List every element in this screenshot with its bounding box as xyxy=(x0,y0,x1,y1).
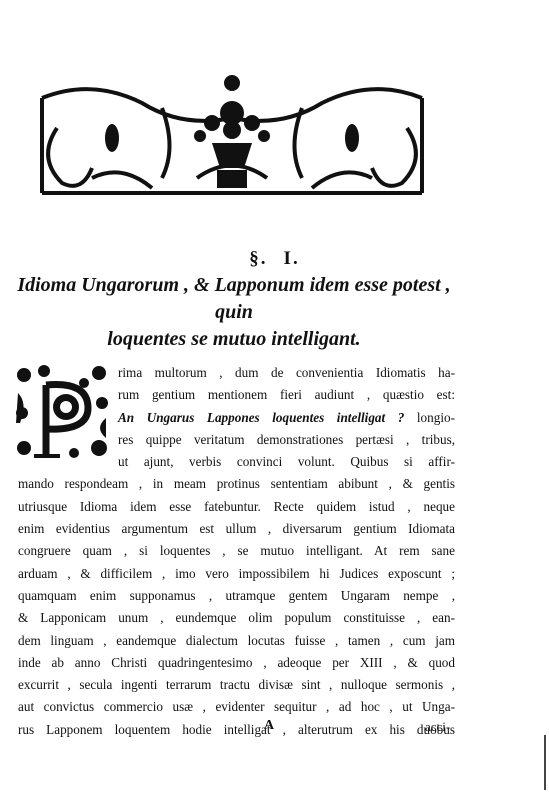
text-line: quamquam enim supponamus , utramque gent… xyxy=(18,585,455,607)
floral-basket-ornament-icon xyxy=(32,68,432,200)
text-line: arduam , & difficilem , imo vero impossi… xyxy=(18,563,455,585)
signature-mark: A xyxy=(264,718,274,734)
section-symbol: §. xyxy=(249,248,267,269)
text-line: dem linguam , eandemque dialectum locuta… xyxy=(18,630,455,652)
text-line: inde ab anno Christi quadringentesimo , … xyxy=(18,652,455,674)
text-line: ut ajunt, verbis convinci volunt. Quibus… xyxy=(18,451,455,473)
title-line-2: loquentes se mutuo intelligant. xyxy=(14,326,454,353)
text-line: mando respondeam , in meam protinus sent… xyxy=(18,473,455,495)
text-line: excurrit , secula ingenti terrarum tract… xyxy=(18,674,455,696)
italic-question: An Ungarus Lappones loquentes intelligat… xyxy=(118,410,404,425)
text-line: utriusque Idioma idem esse fatebuntur. R… xyxy=(18,496,455,518)
text-line: enim evidentius argumentum est ullum , d… xyxy=(18,518,455,540)
section-number: I. xyxy=(284,248,300,269)
title-line-1: Idioma Ungarorum , & Lapponum idem esse … xyxy=(14,272,454,326)
text-line: rum gentium mentionem fieri audiunt , qu… xyxy=(18,384,455,406)
text-line: aut convictus commercio usæ , evidenter … xyxy=(18,696,455,718)
text-line: An Ungarus Lappones loquentes intelligat… xyxy=(18,407,455,429)
text-line: res quippe veritatum demonstrationes per… xyxy=(18,429,455,451)
chapter-title: Idioma Ungarorum , & Lapponum idem esse … xyxy=(14,272,454,353)
catchword: acci- xyxy=(425,719,450,735)
body-paragraph: rima multorum , dum de convenientia Idio… xyxy=(18,362,455,741)
text-line-tail: longio- xyxy=(404,410,455,425)
text-line: & Lapponicam unum , eundemque olim popul… xyxy=(18,607,455,629)
text-line: congruere quam , si loquentes , se mutuo… xyxy=(18,540,455,562)
page-edge-shadow xyxy=(544,735,546,790)
ornamental-headpiece xyxy=(32,68,432,200)
text-line: rima multorum , dum de convenientia Idio… xyxy=(18,362,455,384)
text-line: rus Lapponem loquentem hodie intelligat … xyxy=(18,719,455,741)
section-heading: §.I. xyxy=(0,248,549,270)
